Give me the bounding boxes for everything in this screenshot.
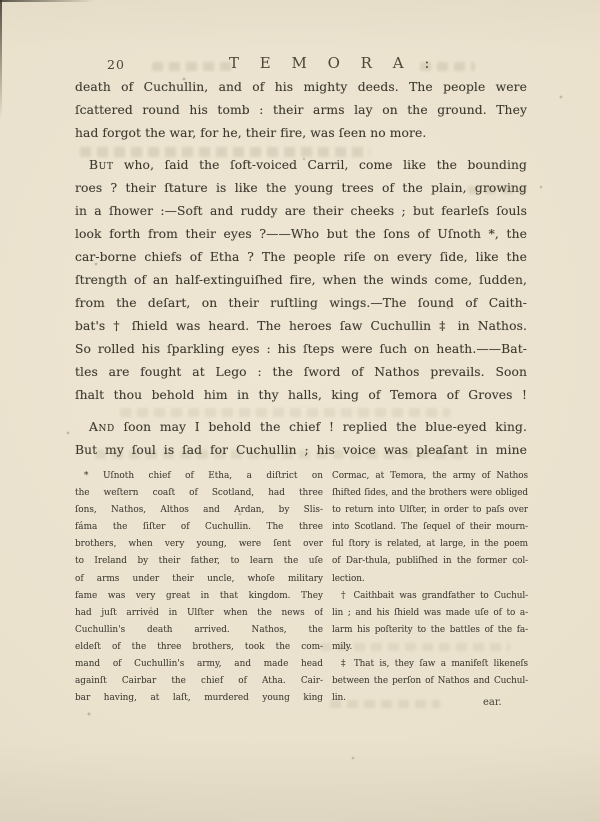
paragraph: But who, ſaid the ſoft-voiced Carril, co… <box>75 154 527 407</box>
text-line: larm his poſterity to the battles of the… <box>332 622 528 639</box>
footnote-column-left: * Uſnoth chief of Etha, a diſtrict onthe… <box>75 468 323 707</box>
footnote-column-right: Cormac, at Temora, the army of Nathosſhi… <box>332 468 528 707</box>
catchword: ear. <box>483 697 502 708</box>
showthrough-smudge <box>152 62 237 71</box>
text-line: But who, ſaid the ſoft-voiced Carril, co… <box>75 154 527 177</box>
scan-edge-artifact <box>0 0 2 120</box>
text-line: brothers, when very young, were ſent ove… <box>75 536 323 553</box>
text-line: in a ſhower :—Soft and ruddy are their c… <box>75 200 527 223</box>
paragraph: death of Cuchullin, and of his mighty de… <box>75 76 527 145</box>
paper-specks <box>0 0 2 2</box>
body-text: death of Cuchullin, and of his mighty de… <box>75 76 527 462</box>
text-line: Cuchullin's death arrived. Nathos, the <box>75 622 323 639</box>
text-line: But my ſoul is ſad for Cuchullin ; his v… <box>75 439 527 462</box>
footnotes: * Uſnoth chief of Etha, a diſtrict onthe… <box>75 468 528 707</box>
text-line: to return into Ulſter, in order to paſs … <box>332 502 528 519</box>
text-line: ſcattered round his tomb : their arms la… <box>75 99 527 122</box>
footnote-block: Cormac, at Temora, the army of Nathosſhi… <box>332 468 528 588</box>
small-caps-lead: And <box>89 420 115 434</box>
text-line: mand of Cuchullin's army, and made head <box>75 656 323 673</box>
text-line: Cormac, at Temora, the army of Nathos <box>332 468 528 485</box>
text-line: ſons, Nathos, Althos and Ardan, by Slis- <box>75 502 323 519</box>
text-line: ſhifted ſides, and the brothers were obl… <box>332 485 528 502</box>
text-line: had juſt arrived in Ulſter when the news… <box>75 605 323 622</box>
running-title: T E M O R A : <box>229 54 437 72</box>
footnote-block: † Caithbait was grandfather to Cuchul-li… <box>332 588 528 656</box>
text-line: † Caithbait was grandfather to Cuchul- <box>332 588 528 605</box>
text-line: And ſoon may I behold the chief ! replie… <box>75 416 527 439</box>
book-page: 20 T E M O R A : death of Cuchullin, and… <box>0 0 600 822</box>
text-line: ſhalt thou behold him in thy halls, king… <box>75 384 527 407</box>
page-number: 20 <box>107 57 125 72</box>
text-line: eldeſt of the three brothers, took the c… <box>75 639 323 656</box>
text-line: of Dar-thula, publiſhed in the former co… <box>332 553 528 570</box>
text-line: bat's † ſhield was heard. The heroes ſaw… <box>75 315 527 338</box>
text-line: ful ſtory is related, at large, in the p… <box>332 536 528 553</box>
text-line: ſtrength of an half-extinguiſhed fire, w… <box>75 269 527 292</box>
text-line: * Uſnoth chief of Etha, a diſtrict on <box>75 468 323 485</box>
text-line: from the deſart, on their ruſtling wings… <box>75 292 527 315</box>
scan-edge-artifact <box>0 0 95 2</box>
text-line: tles are fought at Lego : the ſword of N… <box>75 361 527 384</box>
paragraph: And ſoon may I behold the chief ! replie… <box>75 416 527 462</box>
text-line: the weſtern coaſt of Scotland, had three <box>75 485 323 502</box>
text-line: fame was very great in that kingdom. The… <box>75 588 323 605</box>
text-line: car-borne chiefs of Etha ? The people ri… <box>75 246 527 269</box>
text-line: between the perſon of Nathos and Cuchul- <box>332 673 528 690</box>
text-line: lin ; and his ſhield was made uſe of to … <box>332 605 528 622</box>
text-line: had forgot the war, for he, their fire, … <box>75 122 527 145</box>
text-line: to Ireland by their father, to learn the… <box>75 553 323 570</box>
text-line: So rolled his ſparkling eyes : his ſteps… <box>75 338 527 361</box>
footnote-block: * Uſnoth chief of Etha, a diſtrict onthe… <box>75 468 323 707</box>
text-line: lection. <box>332 571 528 588</box>
small-caps-lead: But <box>89 158 113 172</box>
text-line: ‡ That is, they ſaw a manifeſt likeneſs <box>332 656 528 673</box>
text-line: bar having, at laſt, murdered young king <box>75 690 323 707</box>
text-line: fáma the ſiſter of Cuchullin. The three <box>75 519 323 536</box>
text-line: againſt Cairbar the chief of Atha. Cair- <box>75 673 323 690</box>
text-line: into Scotland. The ſequel of their mourn… <box>332 519 528 536</box>
text-line: mily. <box>332 639 528 656</box>
text-line: of arms under their uncle, whoſe militar… <box>75 571 323 588</box>
text-line: roes ? their ſtature is like the young t… <box>75 177 527 200</box>
text-line: death of Cuchullin, and of his mighty de… <box>75 76 527 99</box>
text-line: look forth from their eyes ?——Who but th… <box>75 223 527 246</box>
